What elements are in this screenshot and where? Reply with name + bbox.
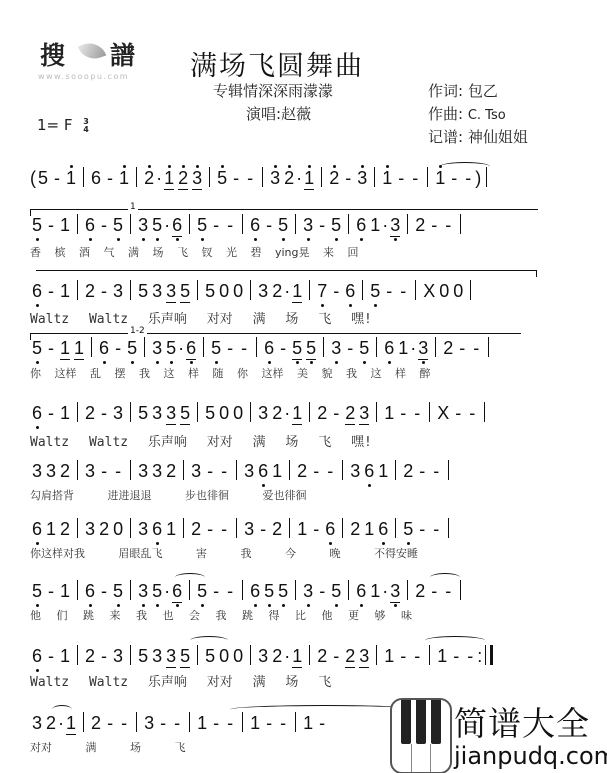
composer-label: 作曲:: [428, 105, 463, 123]
score-row-5: 6-12-3533550032·12-231--X--: [30, 402, 490, 428]
tie: [425, 636, 485, 645]
watermark-text: 简谱大全: [454, 698, 590, 745]
leaf-icon: [78, 38, 107, 63]
lyrics-row-10: 对对 满 场 飞: [30, 739, 186, 755]
staff-bracket: [36, 270, 537, 277]
logo-url: www.sooopu.com: [38, 72, 129, 81]
logo-left-char: 搜: [40, 36, 66, 72]
ending-label-2: 1-2: [128, 326, 147, 336]
ending-label-1: 1: [128, 202, 138, 212]
piano-icon: [390, 698, 452, 773]
jianpudq-watermark: 简谱大全 jianpudq.com: [390, 698, 607, 773]
lyricist-name: 包乙: [468, 82, 498, 100]
time-sig-bottom: 4: [83, 126, 89, 134]
composer-name: C. Tso: [468, 108, 506, 123]
lyrics-row-9: Waltz Waltz 乐声响 对对 满 场 飞: [30, 671, 331, 690]
singer-line: 演唱:赵薇: [246, 103, 311, 124]
lyrics-row-4: 你 这样 乱 摆 我 这 样 随 你 这样 美 貌 我 这 样 醉: [30, 365, 430, 381]
lyrics-row-2: 香 槟 酒 气 满 场 飞 钗 光 碧 ying晃 来 回: [30, 244, 358, 260]
transcriber-name: 神仙姐姐: [468, 128, 528, 146]
time-signature: 3 4: [83, 118, 89, 134]
score-row-9: 6-12-3533550032·12-231--1--:: [30, 645, 493, 671]
score-row-8: 5-16-535·65--6553-561·32--: [30, 580, 466, 606]
score-row-4: 5-116-535·65--6-553-561·32--: [30, 337, 494, 363]
repeat-end-barline: [485, 645, 493, 665]
watermark-url: jianpudq.com: [454, 742, 607, 770]
score-row-7: 6123203612--3-21-62165--: [30, 518, 454, 544]
score-row-2: 5-16-535·65--6-53-561·32--: [30, 214, 466, 240]
singer-name: 赵薇: [281, 105, 311, 123]
lyricist-label: 作词:: [428, 82, 463, 100]
transcriber-label: 记谱:: [428, 128, 463, 146]
singer-label: 演唱:: [246, 105, 281, 123]
key-signature: 1= F 3 4: [37, 116, 89, 134]
tie: [190, 636, 228, 645]
lyrics-row-6: 勾肩搭背 进进退退 步也徘徊 爱也徘徊: [30, 487, 307, 503]
transcriber-line: 记谱: 神仙姐姐: [428, 126, 528, 147]
score-row-1: (5-16-12·1235--32·12-31--1--): [30, 167, 492, 193]
lyrics-row-5: Waltz Waltz 乐声响 对对 满 场 飞 嘿!: [30, 431, 372, 450]
lyrics-row-3: Waltz Waltz 乐声响 对对 满 场 飞 嘿!: [30, 308, 372, 327]
album-line: 专辑情深深雨濛濛: [213, 80, 333, 101]
lyricist-line: 作词: 包乙: [428, 80, 498, 101]
song-title: 满场飞圆舞曲: [190, 44, 364, 83]
lyrics-row-7: 你这样对我 眉眼乱飞 害 我 今 晚 不得安睡: [30, 545, 418, 561]
sooopu-logo: 搜 譜 www.sooopu.com: [38, 36, 158, 86]
tie: [440, 162, 490, 171]
score-row-10: 32·12--3--1--1--1-: [30, 712, 329, 738]
score-row-6: 3323--3323--3612--3612--: [30, 460, 454, 486]
score-row-3: 6-12-3533550032·17-65--X00: [30, 280, 476, 306]
composer-line: 作曲: C. Tso: [428, 103, 506, 124]
key-label: 1= F: [37, 116, 73, 134]
lyrics-row-8: 他 们 跳 来 我 也 会 我 跳 得 比 他 更 够 味: [30, 607, 412, 623]
logo-right-char: 譜: [110, 36, 136, 72]
